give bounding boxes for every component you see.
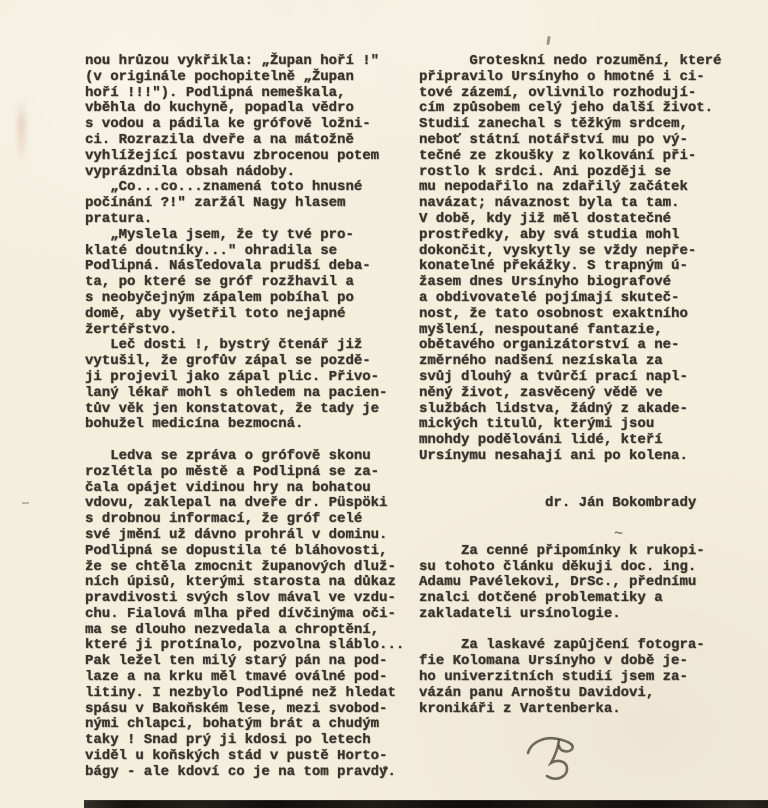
text-line: fie Kolomana Ursínyho v době je- (419, 654, 721, 670)
scan-edge-bar (84, 800, 768, 808)
text-line: ji projevil jako zápal plic. Přivo- (85, 370, 404, 386)
text-line: s drobnou informací, že gróf celé (85, 512, 404, 528)
text-line: Podlipná se dopustila té bláhovosti, (85, 544, 404, 560)
text-line: pravdivosti svých slov mával ve vzdu- (85, 591, 404, 607)
text-line: službách lidstva, žádný z akade- (419, 402, 721, 418)
text-line: Za laskavé zapůjčení fotogra- (419, 638, 721, 654)
text-line: žertéřstvo. (85, 323, 404, 339)
text-line: nou hrůzou vykřikla: „Župan hoří !" (85, 54, 404, 70)
text-line: bohužel medicína bezmocná. (85, 417, 404, 433)
scan-speck (22, 502, 29, 504)
text-line: konatelné překážky. S trapným ú- (419, 259, 721, 275)
text-line: Za cenné připomínky k rukopi- (419, 544, 721, 560)
text-line: su tohoto článku děkuji doc. ing. (419, 560, 721, 576)
text-line: vyhlížející postavu zbrocenou potem (85, 149, 404, 165)
text-line: nost, že tato osobnost exaktního (419, 307, 721, 323)
text-line: že se chtěla zmocnit županových dluž- (85, 560, 404, 576)
text-line: ho univerzitních studií jsem za- (419, 670, 721, 686)
paragraph: „Co...co...znamená toto hnusnépočínání ?… (85, 180, 404, 227)
text-line: svůj dlouhý a tvůrčí prací napl- (419, 370, 721, 386)
scan-tilde-mark: ~ (614, 528, 623, 542)
page-number-ornament: 5 (522, 732, 588, 782)
scan-smudge (17, 98, 26, 162)
text-line: své jmění už dávno prohrál v dominu. (85, 528, 404, 544)
text-line: prostředky, aby svá studia mohl (419, 228, 721, 244)
text-line: obětavého organizátorství a ne- (419, 338, 721, 354)
text-line: pratura. (85, 212, 404, 228)
blank-line (419, 481, 721, 497)
text-line: rozlétla po městě a Podlipná se za- (85, 465, 404, 481)
scan-speck (546, 36, 550, 45)
text-line: které ji protínalo, pozvolna sláblo... (85, 638, 404, 654)
blank-line (419, 465, 721, 481)
text-line: Adamu Pavélekovi, DrSc., přednímu (419, 575, 721, 591)
text-line: Studií zanechal s těžkým srdcem, (419, 117, 721, 133)
paragraph: Za laskavé zapůjčení fotogra-fie Koloman… (419, 638, 721, 717)
text-line: mu nepodařilo na zdařilý začátek (419, 180, 721, 196)
text-line: ních úpisů, kterými starosta na důkaz (85, 575, 404, 591)
text-line: chu. Fialová mlha před dívčinýma oči- (85, 607, 404, 623)
text-line: laný lékař mohl s ohledem na pacien- (85, 386, 404, 402)
paragraph: „Myslela jsem, že ty tvé pro-klaté doutn… (85, 228, 404, 339)
paragraph: nou hrůzou vykřikla: „Župan hoří !"(v or… (85, 54, 404, 180)
text-line: klaté doutníky..." ohradila se (85, 244, 404, 260)
text-line: „Co...co...znamená toto hnusné (85, 180, 404, 196)
text-line: mnohdy podělováni lidé, kteří (419, 433, 721, 449)
text-line: Podlipná. Násľedovala prudší deba- (85, 259, 404, 275)
handwritten-five-icon (522, 732, 588, 782)
blank-line (419, 528, 721, 544)
text-line: dokončit, vyskytly se vždy nepře- (419, 244, 721, 260)
left-text-column: nou hrůzou vykřikla: „Župan hoří !"(v or… (85, 54, 404, 781)
text-line: laze a na krku měl tmavé oválné pod- (85, 670, 404, 686)
text-line: změrného nadšení nezískala za (419, 354, 721, 370)
text-line: znalci dotčené problematiky a (419, 591, 721, 607)
text-line: s vodou a pádila ke grófově ložni- (85, 117, 404, 133)
text-line: nými chlapci, bohatým brát a chudým (85, 717, 404, 733)
text-line: (v originále pochopitelně „Župan (85, 70, 404, 86)
text-line: „Myslela jsem, že ty tvé pro- (85, 228, 404, 244)
text-line: mických titulů, kterými jsou (419, 417, 721, 433)
text-line: kronikáři z Vartenberka. (419, 702, 721, 718)
text-line: V době, kdy již měl dostatečné (419, 212, 721, 228)
text-line: a obdivovatelé pojímají skuteč- (419, 291, 721, 307)
text-line: čala opájet vidinou hry na bohatou (85, 481, 404, 497)
paragraph: dr. Ján Bokombrady (419, 496, 721, 512)
text-line: připravilo Ursínyho o hmotné i ci- (419, 70, 721, 86)
text-line: litiny. I nezbylo Podlipné než hledat (85, 686, 404, 702)
text-line: ta, po které se gróf rozžhavil a (85, 275, 404, 291)
text-line: bágy - ale kdoví co je na tom pravdy. (85, 765, 404, 781)
text-line: něný život, zasvěcený vědě ve (419, 386, 721, 402)
blank-line (419, 512, 721, 528)
paragraph: Leč dosti !, bystrý čtenář jižvytušil, ž… (85, 338, 404, 433)
scan-speck (383, 766, 388, 770)
text-line: tečné ze zkoušky z kolkování při- (419, 149, 721, 165)
text-line: domě, aby vyšetřil toto nejapné (85, 307, 404, 323)
text-line: ci. Rozrazila dveře a na mátožně (85, 133, 404, 149)
text-line: neboť státní notářství mu po vý- (419, 133, 721, 149)
text-line: Ledva se zpráva o grófově skonu (85, 449, 404, 465)
text-line: Groteskní nedo rozumění, které (419, 54, 721, 70)
text-line: myšlení, nespoutané fantazie, (419, 323, 721, 339)
paragraph: Groteskní nedo rozumění, kterépřipravilo… (419, 54, 721, 465)
text-line: Ursínymu nesahají ani po kolena. (419, 449, 721, 465)
text-line: vázán panu Arnoštu Davidovi, (419, 686, 721, 702)
text-line: vběhla do kuchyně, popadla vědro (85, 101, 404, 117)
text-line: zakladateli ursínologie. (419, 607, 721, 623)
text-line: počínání ?!" zaržál Nagy hlasem (85, 196, 404, 212)
paragraph: Za cenné připomínky k rukopi-su tohoto č… (419, 544, 721, 623)
text-line: žasem dnes Ursínyho biografové (419, 275, 721, 291)
text-line: s neobyčejným zápalem pobíhal po (85, 291, 404, 307)
text-line: taky ! Snad prý ji kdosi po letech (85, 733, 404, 749)
text-line: rostlo k srdci. Ani později se (419, 165, 721, 181)
scanned-page: nou hrůzou vykřikla: „Župan hoří !"(v or… (0, 0, 768, 808)
text-line: dr. Ján Bokombrady (419, 496, 721, 512)
text-line: tův věk jen konstatovat, že tady je (85, 402, 404, 418)
text-line: Leč dosti !, bystrý čtenář již (85, 338, 404, 354)
text-line: viděl u koňských stád v pustě Horto- (85, 749, 404, 765)
text-line: vyprázdnila obsah nádoby. (85, 165, 404, 181)
text-line: navázat; návaznost byla ta tam. (419, 196, 721, 212)
text-line: vytušil, že grofův zápal se pozdě- (85, 354, 404, 370)
text-line: vdovu, zaklepal na dveře dr. Püspöki (85, 496, 404, 512)
blank-line (85, 433, 404, 449)
text-line: cím způsobem celý jeho další život. (419, 101, 721, 117)
paragraph: Ledva se zpráva o grófově skonurozlétla … (85, 449, 404, 781)
text-line: Pak ležel ten milý starý pán na pod- (85, 654, 404, 670)
right-text-column: Groteskní nedo rozumění, kterépřipravilo… (419, 54, 721, 717)
